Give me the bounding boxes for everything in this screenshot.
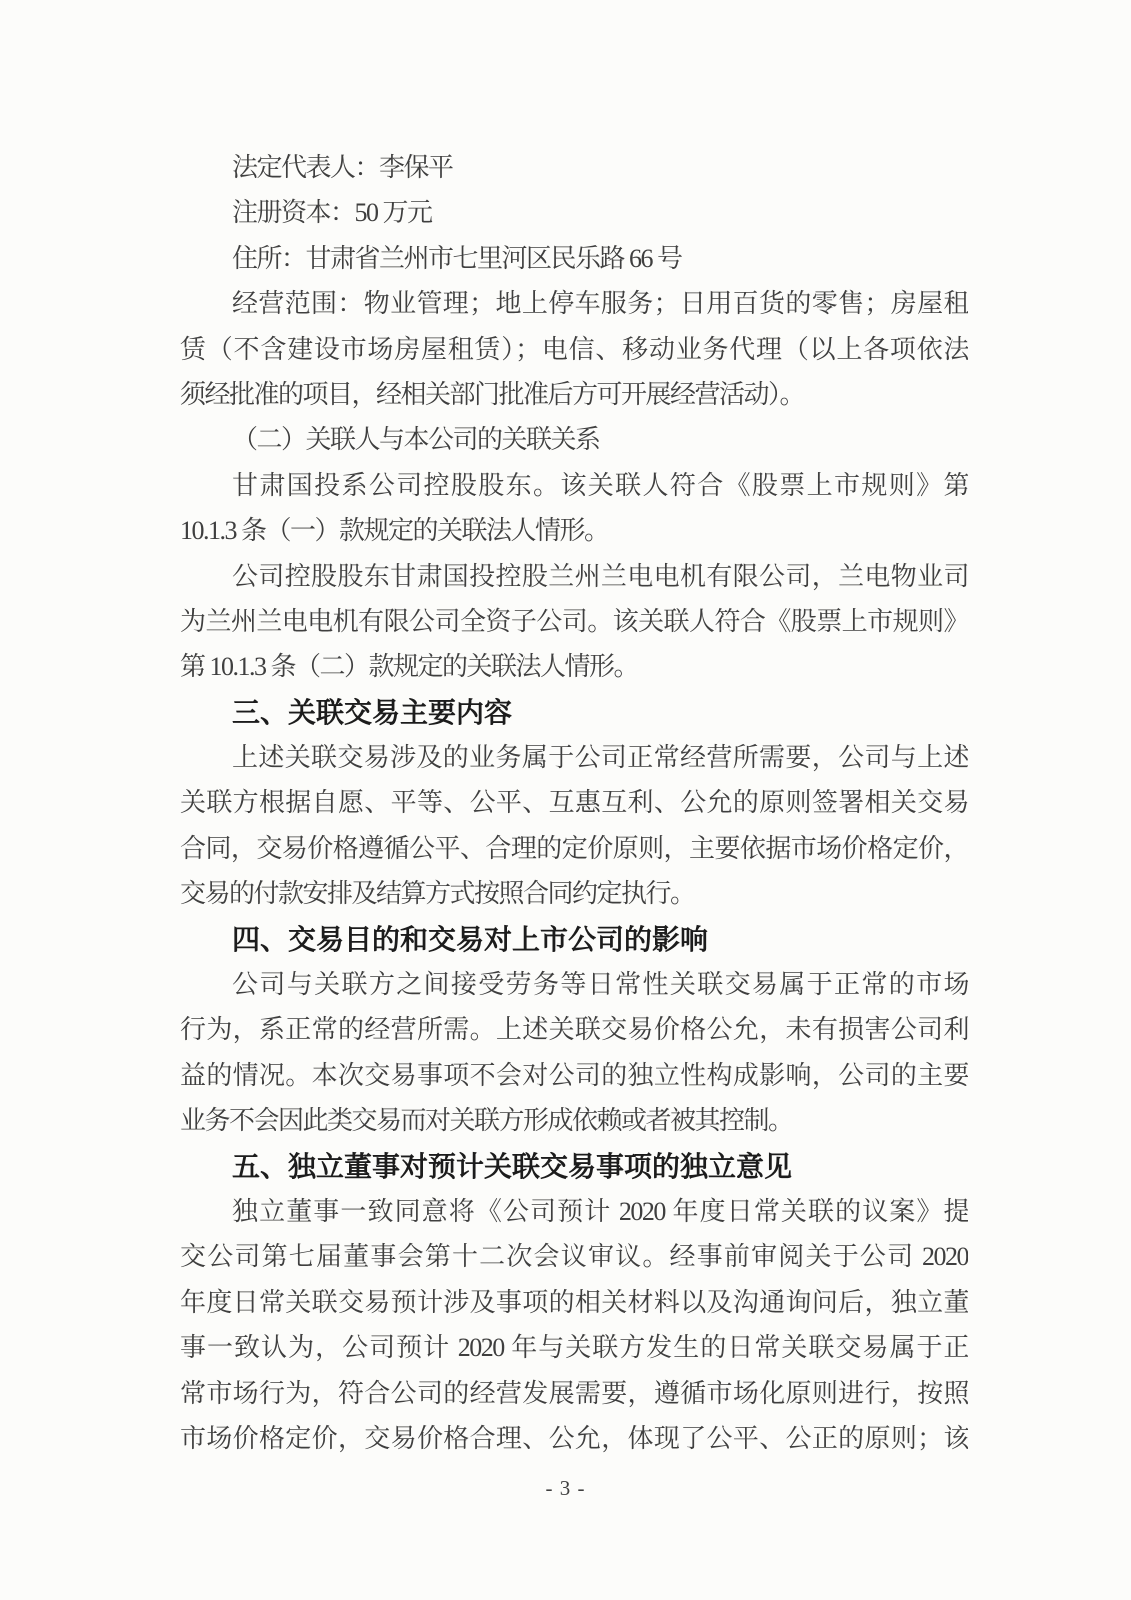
text-line: 年度日常关联交易预计涉及事项的相关材料以及沟通询问后，独立董	[180, 1280, 968, 1325]
text-line: 独立董事一致同意将《公司预计 2020 年度日常关联的议案》提	[180, 1189, 968, 1234]
text-line: 公司与关联方之间接受劳务等日常性关联交易属于正常的市场	[180, 962, 968, 1007]
text-line: 法定代表人：李保平	[180, 145, 968, 190]
text-line: 公司控股股东甘肃国投控股兰州兰电电机有限公司，兰电物业司	[180, 554, 968, 599]
text-line: 须经批准的项目，经相关部门批准后方可开展经营活动）。	[180, 372, 968, 417]
text-line: 注册资本：50 万元	[180, 190, 968, 235]
section-heading: 四、交易目的和交易对上市公司的影响	[180, 917, 968, 962]
section-heading: 三、关联交易主要内容	[180, 690, 968, 735]
text-line: 业务不会因此类交易而对关联方形成依赖或者被其控制。	[180, 1098, 968, 1143]
text-line: 市场价格定价，交易价格合理、公允，体现了公平、公正的原则；该	[180, 1416, 968, 1461]
text-line: 赁（不含建设市场房屋租赁）；电信、移动业务代理（以上各项依法	[180, 327, 968, 372]
text-line: 上述关联交易涉及的业务属于公司正常经营所需要，公司与上述	[180, 735, 968, 780]
document-body: 法定代表人：李保平 注册资本：50 万元 住所：甘肃省兰州市七里河区民乐路 66…	[180, 145, 968, 1461]
text-line: 住所：甘肃省兰州市七里河区民乐路 66 号	[180, 236, 968, 281]
text-line: 交易的付款安排及结算方式按照合同约定执行。	[180, 871, 968, 916]
text-line: 10.1.3 条（一）款规定的关联法人情形。	[180, 508, 968, 553]
text-line: 关联方根据自愿、平等、公平、互惠互利、公允的原则签署相关交易	[180, 780, 968, 825]
text-line: 为兰州兰电电机有限公司全资子公司。该关联人符合《股票上市规则》	[180, 599, 968, 644]
section-heading: 五、独立董事对预计关联交易事项的独立意见	[180, 1144, 968, 1189]
text-line: 合同，交易价格遵循公平、合理的定价原则，主要依据市场价格定价，	[180, 826, 968, 871]
text-line: 常市场行为，符合公司的经营发展需要，遵循市场化原则进行，按照	[180, 1371, 968, 1416]
page-number: - 3 -	[0, 1476, 1131, 1501]
text-line: 事一致认为，公司预计 2020 年与关联方发生的日常关联交易属于正	[180, 1325, 968, 1370]
text-line: 第 10.1.3 条（二）款规定的关联法人情形。	[180, 644, 968, 689]
text-line: 甘肃国投系公司控股股东。该关联人符合《股票上市规则》第	[180, 463, 968, 508]
text-line: 行为，系正常的经营所需。上述关联交易价格公允，未有损害公司利	[180, 1007, 968, 1052]
text-line: 益的情况。本次交易事项不会对公司的独立性构成影响，公司的主要	[180, 1053, 968, 1098]
subsection-title: （二）关联人与本公司的关联关系	[180, 417, 968, 462]
text-line: 交公司第七届董事会第十二次会议审议。经事前审阅关于公司 2020	[180, 1234, 968, 1279]
document-page: 法定代表人：李保平 注册资本：50 万元 住所：甘肃省兰州市七里河区民乐路 66…	[0, 0, 1131, 1600]
text-line: 经营范围：物业管理；地上停车服务；日用百货的零售；房屋租	[180, 281, 968, 326]
